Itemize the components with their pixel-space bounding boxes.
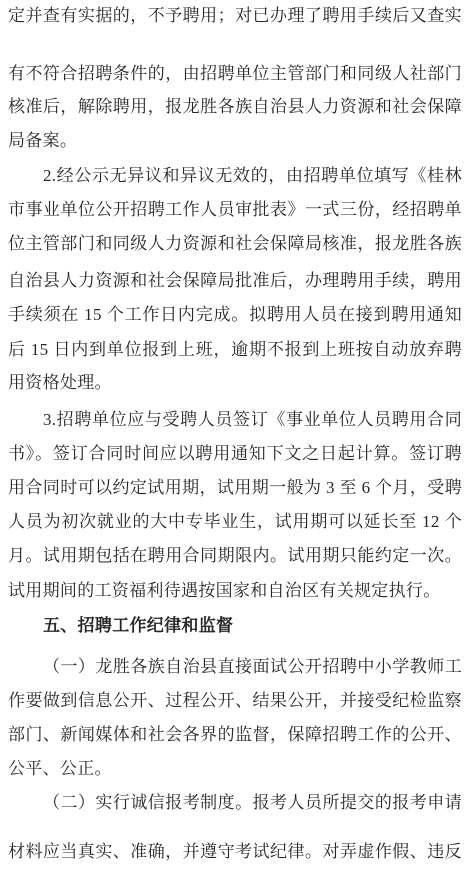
text-line: 定并查有实据的，不予聘用；对已办理了聘用手续后又查实 xyxy=(8,6,462,26)
text-line: 部门、新闻媒体和社会各界的监督，保障招聘工作的公开、 xyxy=(8,725,462,745)
text-line: 月。试用期包括在聘用合同期限内。试用期只能约定一次。 xyxy=(8,546,462,566)
text-line: 有不符合招聘条件的，由招聘单位主管部门和同级人社部门 xyxy=(8,64,462,84)
text-line: 用合同时可以约定试用期，试用期一般为 3 至 6 个月，受聘 xyxy=(8,478,462,498)
text-line: 手续须在 15 个工作日内完成。拟聘用人员在接到聘用通知 xyxy=(8,305,462,325)
text-line: 位主管部门和同级人力资源和社会保障局核准，报龙胜各族 xyxy=(8,234,462,254)
section-heading: 五、招聘工作纪律和监督 xyxy=(8,616,462,636)
text-line: 作要做到信息公开、过程公开、结果公开，并接受纪检监察 xyxy=(8,691,462,711)
text-line: 市事业单位公开招聘工作人员审批表》一式三份，经招聘单 xyxy=(8,200,462,220)
text-line: （二）实行诚信报考制度。报考人员所提交的报考申请 xyxy=(8,793,462,813)
text-line: 核准后，解除聘用，报龙胜各族自治县人力资源和社会保障 xyxy=(8,97,462,117)
text-line: （一）龙胜各族自治县直接面试公开招聘中小学教师工 xyxy=(8,657,462,677)
text-line: 3.招聘单位应与受聘人员签订《事业单位人员聘用合同 xyxy=(8,410,462,430)
text-line: 自治县人力资源和社会保障局批准后，办理聘用手续，聘用 xyxy=(8,271,462,291)
text-line: 试用期间的工资福利待遇按国家和自治区有关规定执行。 xyxy=(8,581,462,601)
text-line: 用资格处理。 xyxy=(8,373,462,393)
text-line: 后 15 日内到单位报到上班，逾期不报到上班按自动放弃聘 xyxy=(8,340,462,360)
text-line: 2.经公示无异议和异议无效的，由招聘单位填写《桂林 xyxy=(8,166,462,186)
text-line: 书》。签订合同时间应以聘用通知下文之日起计算。签订聘 xyxy=(8,444,462,464)
text-line: 局备案。 xyxy=(8,131,462,151)
text-line: 材料应当真实、准确，并遵守考试纪律。对弄虚作假、违反 xyxy=(8,842,462,862)
text-line: 人员为初次就业的大中专毕业生，试用期可以延长至 12 个 xyxy=(8,512,462,532)
text-line: 公平、公正。 xyxy=(8,759,462,779)
document-page: 定并查有实据的，不予聘用；对已办理了聘用手续后又查实 有不符合招聘条件的，由招聘… xyxy=(0,0,470,872)
